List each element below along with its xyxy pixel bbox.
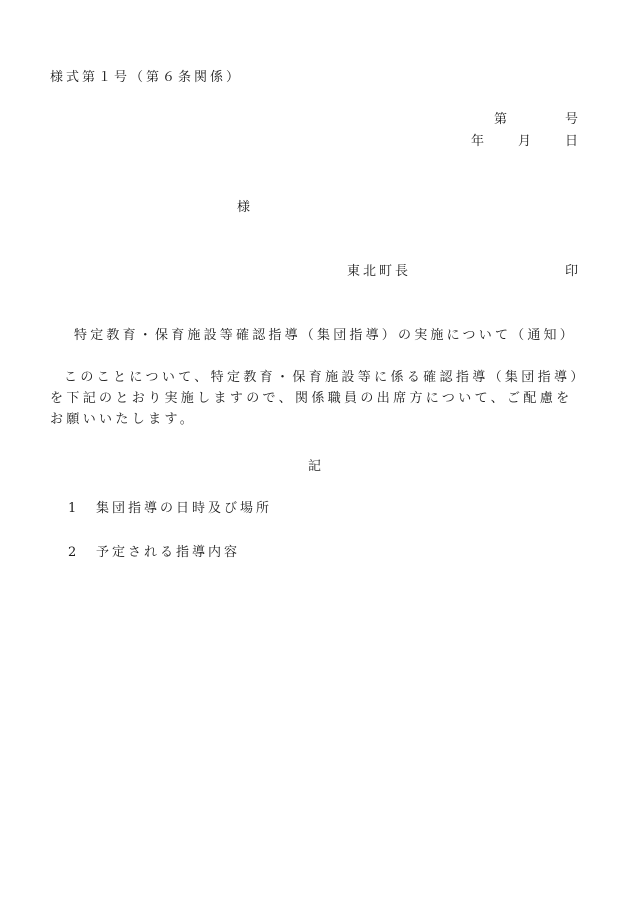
- list-item-number: 2: [68, 545, 96, 560]
- date-day-label: 日: [565, 130, 581, 149]
- form-label: 様式第１号（第６条関係）: [50, 66, 242, 85]
- date-month-label: 月: [518, 130, 534, 149]
- list-item-label: 集団指導の日時及び場所: [96, 501, 272, 516]
- document-number-suffix: 号: [565, 108, 581, 127]
- document-title: 特定教育・保育施設等確認指導（集団指導）の実施について（通知）: [74, 324, 576, 343]
- sender-name: 東北町長: [347, 260, 411, 279]
- document-number-prefix: 第: [494, 108, 510, 127]
- date-year-label: 年: [471, 130, 487, 149]
- list-item: 1集団指導の日時及び場所: [68, 497, 272, 516]
- recipient-honorific: 様: [237, 196, 253, 215]
- list-item-number: 1: [68, 501, 96, 516]
- body-paragraph: このことについて、特定教育・保育施設等に係る確認指導（集団指導）を下記のとおり実…: [50, 367, 585, 430]
- seal-mark: 印: [565, 260, 581, 279]
- list-item: 2予定される指導内容: [68, 541, 240, 560]
- list-item-label: 予定される指導内容: [96, 545, 240, 560]
- ki-heading: 記: [308, 455, 324, 474]
